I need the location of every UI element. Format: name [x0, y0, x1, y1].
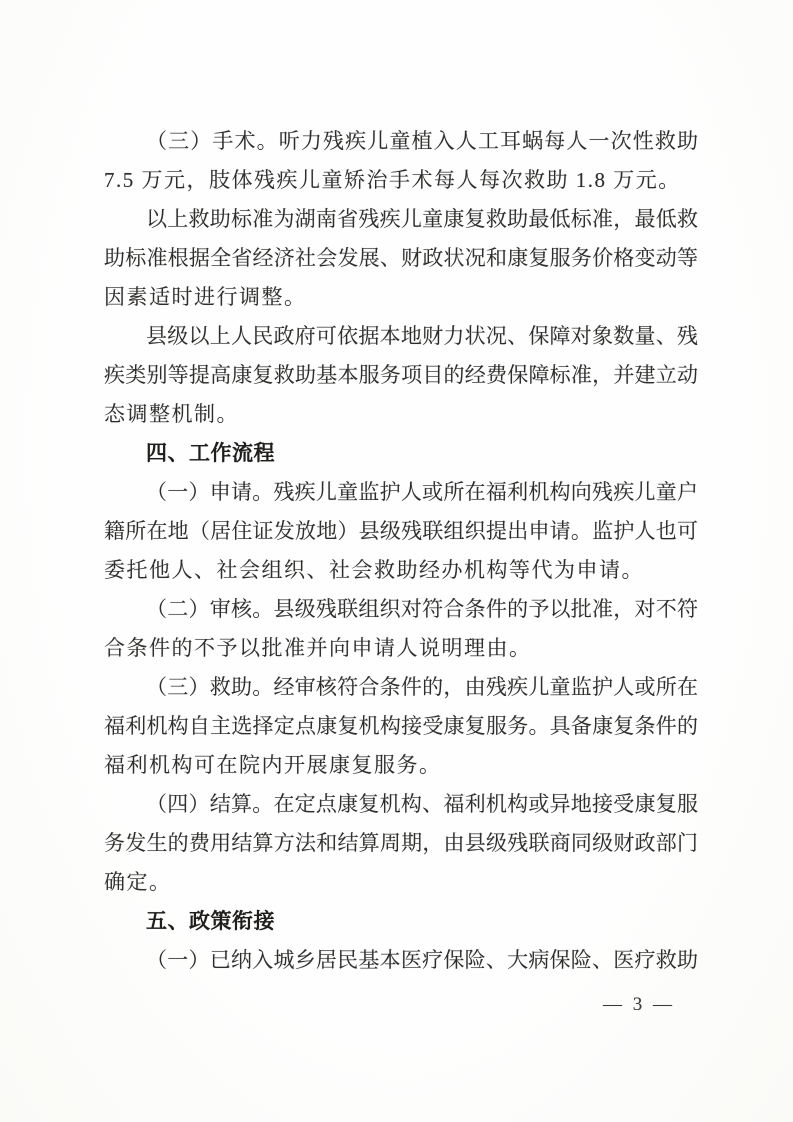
para-assist-line-1: （三）救助。经审核符合条件的，由残疾儿童监护人或所在	[104, 668, 698, 707]
para-surgery-line-2: 7.5 万元，肢体残疾儿童矫治手术每人每次救助 1.8 万元。	[104, 161, 698, 200]
para-review-line-2: 合条件的不予以批准并向申请人说明理由。	[104, 629, 698, 668]
para-government-line-3: 态调整机制。	[104, 395, 698, 434]
para-standard-line-3: 因素适时进行调整。	[104, 278, 698, 317]
para-apply-line-2: 籍所在地（居住证发放地）县级残联组织提出申请。监护人也可	[104, 512, 698, 551]
para-assist-line-2: 福利机构自主选择定点康复机构接受康复服务。具备康复条件的	[104, 707, 698, 746]
para-apply-line-3: 委托他人、社会组织、社会救助经办机构等代为申请。	[104, 551, 698, 590]
text-block: （三）手术。听力残疾儿童植入人工耳蜗每人一次性救助 7.5 万元，肢体残疾儿童矫…	[104, 122, 698, 980]
para-surgery-line-1: （三）手术。听力残疾儿童植入人工耳蜗每人一次性救助	[104, 122, 698, 161]
para-government-line-1: 县级以上人民政府可依据本地财力状况、保障对象数量、残	[104, 317, 698, 356]
para-government-line-2: 疾类别等提高康复救助基本服务项目的经费保障标准，并建立动	[104, 356, 698, 395]
para-assist-line-3: 福利机构可在院内开展康复服务。	[104, 746, 698, 785]
para-settlement-line-3: 确定。	[104, 863, 698, 902]
para-settlement-line-2: 务发生的费用结算方法和结算周期，由县级残联商同级财政部门	[104, 824, 698, 863]
heading-work-process: 四、工作流程	[104, 434, 698, 473]
para-standard-line-1: 以上救助标准为湖南省残疾儿童康复救助最低标准，最低救	[104, 200, 698, 239]
para-standard-line-2: 助标准根据全省经济社会发展、财政状况和康复服务价格变动等	[104, 239, 698, 278]
para-settlement-line-1: （四）结算。在定点康复机构、福利机构或异地接受康复服	[104, 785, 698, 824]
para-insurance-line-1: （一）已纳入城乡居民基本医疗保险、大病保险、医疗救助	[104, 941, 698, 980]
document-page: （三）手术。听力残疾儿童植入人工耳蜗每人一次性救助 7.5 万元，肢体残疾儿童矫…	[0, 0, 793, 1122]
page-number: — 3 —	[603, 992, 675, 1018]
heading-policy-connection: 五、政策衔接	[104, 902, 698, 941]
para-apply-line-1: （一）申请。残疾儿童监护人或所在福利机构向残疾儿童户	[104, 473, 698, 512]
para-review-line-1: （二）审核。县级残联组织对符合条件的予以批准，对不符	[104, 590, 698, 629]
